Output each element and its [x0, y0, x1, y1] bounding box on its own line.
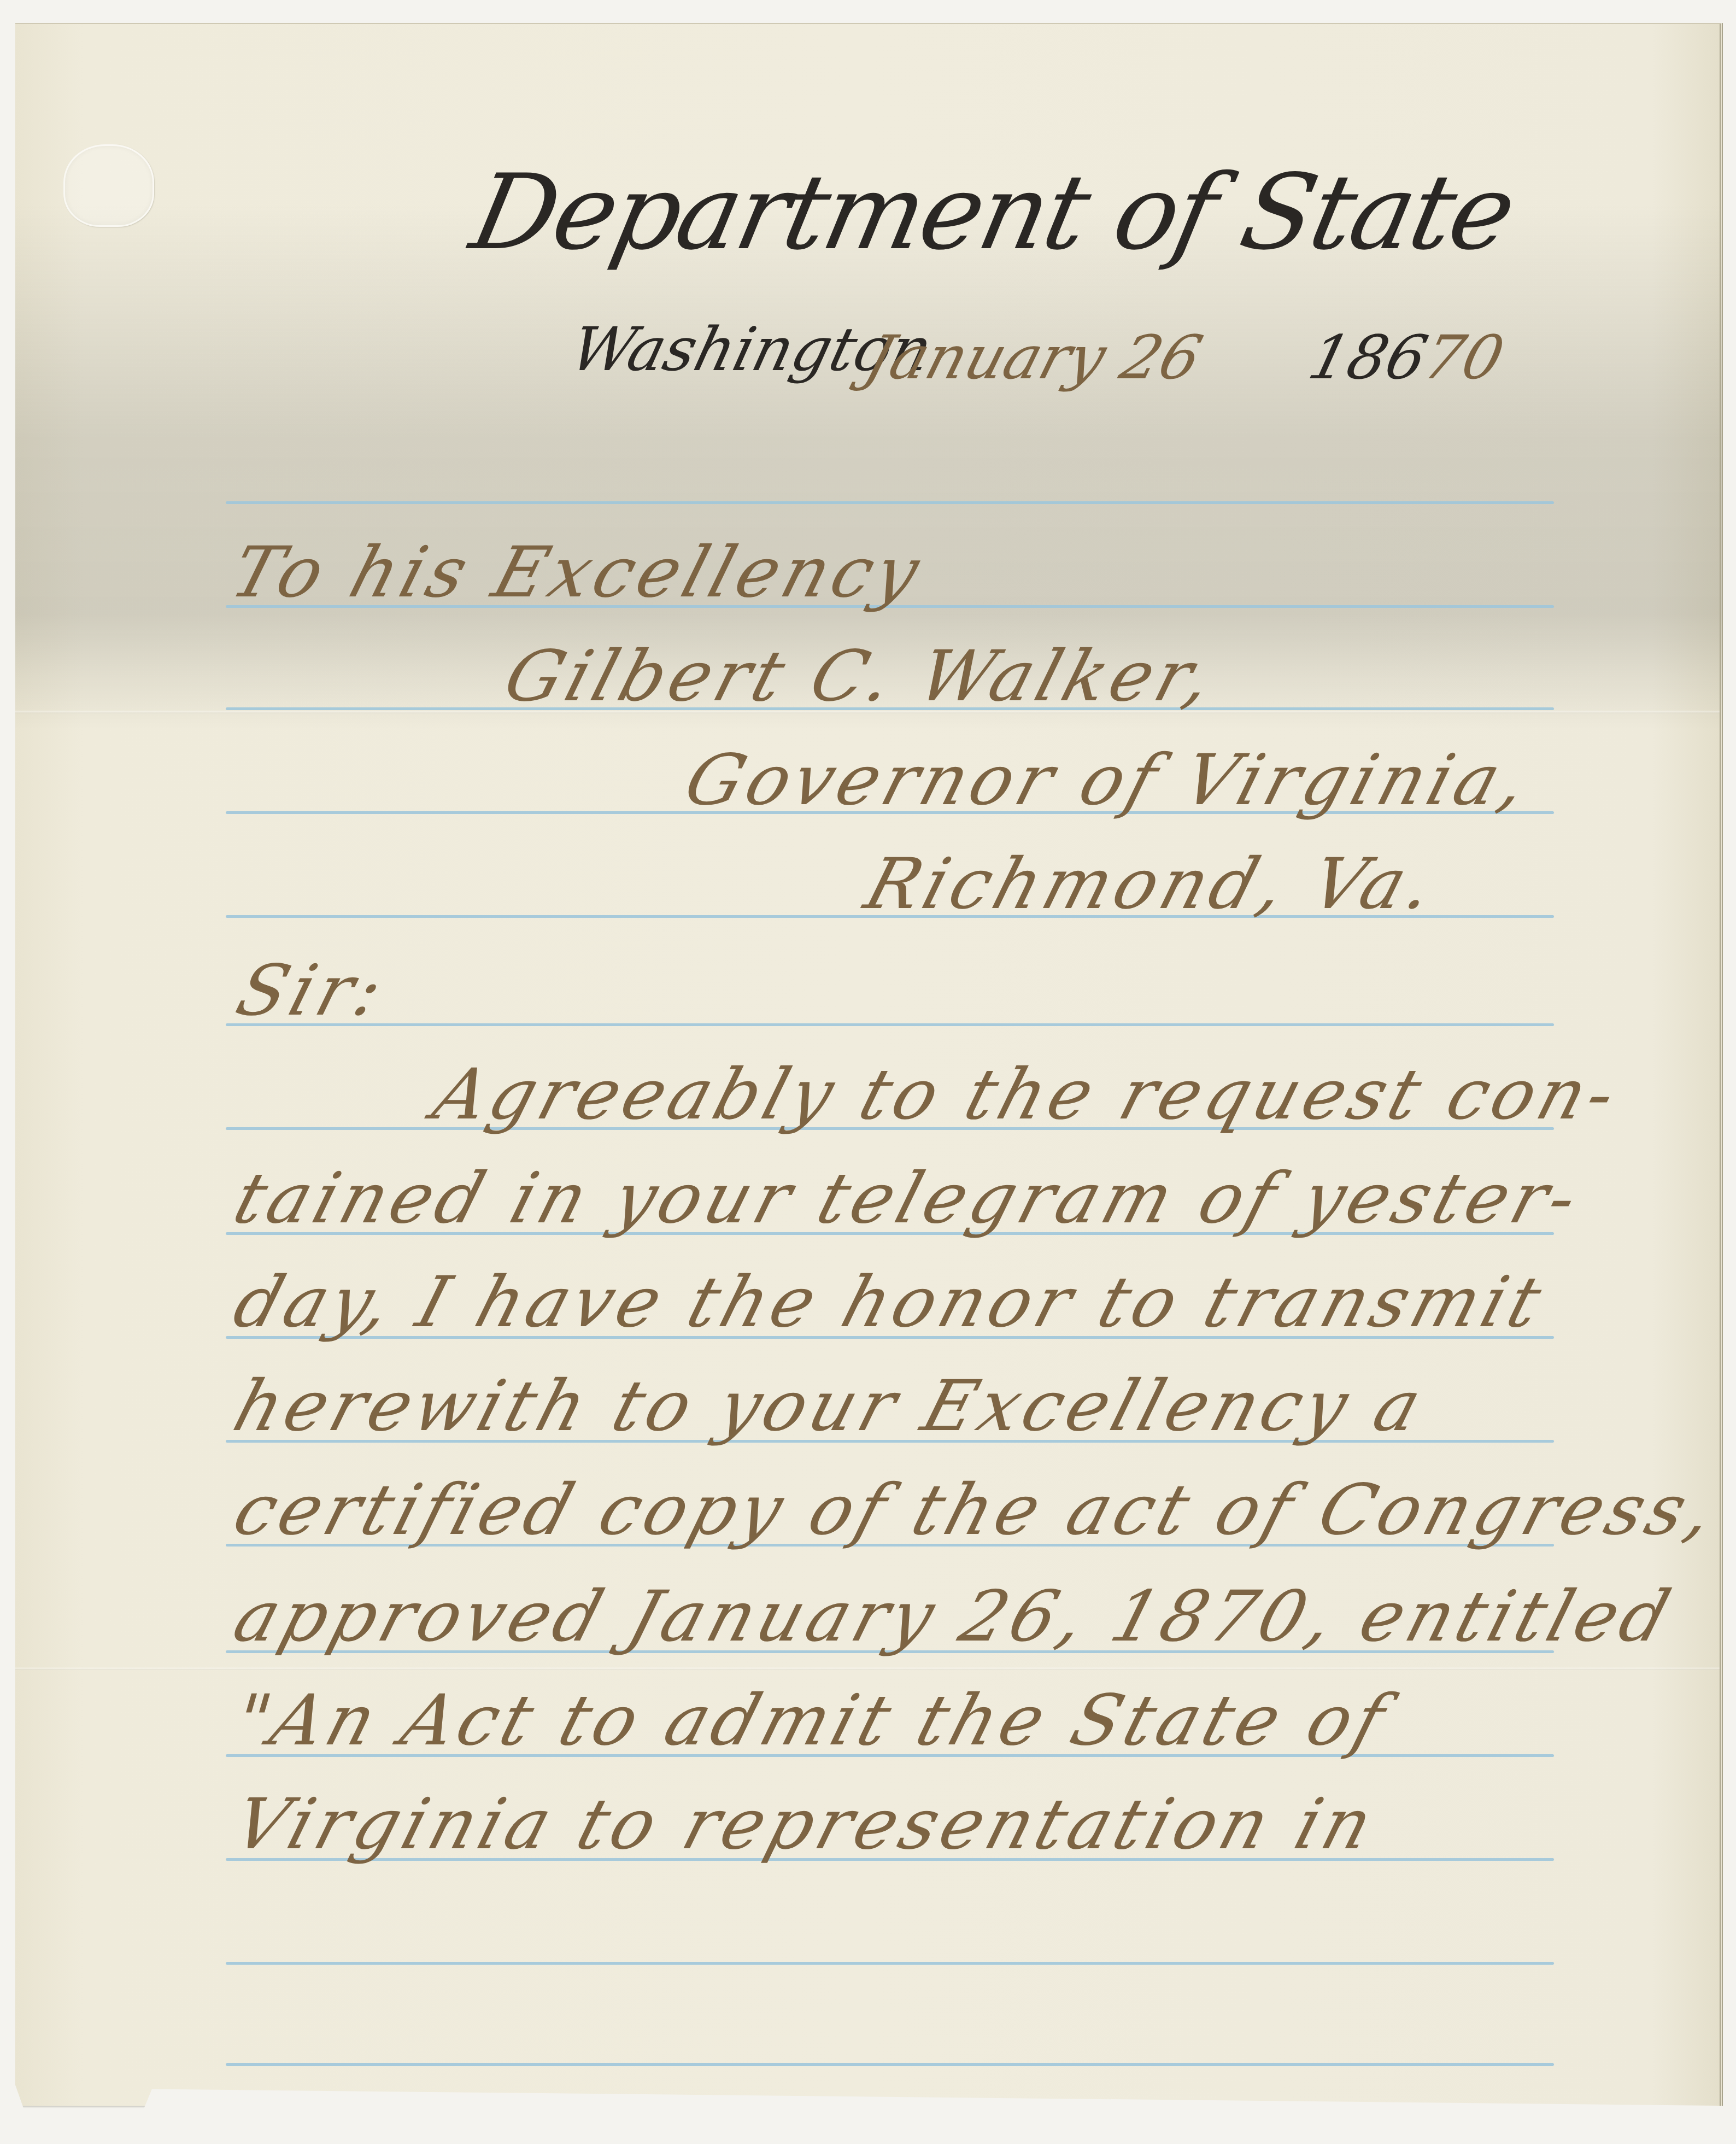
body-line: certified copy of the act of Congress, [227, 1475, 1725, 1545]
body-line: "An Act to admit the State of [227, 1686, 1396, 1756]
letter-page: Department of State Washington January 2… [15, 23, 1723, 2106]
body-line: tained in your telegram of yester- [227, 1164, 1589, 1234]
document-scan: Department of State Washington January 2… [0, 0, 1736, 2144]
address-to: To his Excellency [224, 538, 931, 608]
address-title: Governor of Virginia, [678, 746, 1539, 816]
letterhead-title: Department of State [464, 161, 1522, 265]
ruled-line [226, 501, 1554, 504]
body-line: Virginia to representation in [227, 1790, 1384, 1860]
letter-year: 18670 [1303, 327, 1509, 388]
body-line: herewith to your Excellency a [227, 1372, 1433, 1442]
ruled-line [226, 2063, 1554, 2066]
embossed-seal-icon [63, 144, 154, 227]
letter-year-written: 70 [1418, 327, 1509, 388]
fold-crease [15, 1667, 1720, 1670]
address-name: Gilbert C. Walker, [497, 642, 1224, 712]
ruled-line [226, 1962, 1554, 1965]
address-city: Richmond, Va. [858, 850, 1445, 919]
body-line: Agreeably to the request con- [426, 1060, 1627, 1130]
body-line: approved January 26, 1870, entitled [227, 1582, 1681, 1652]
letter-date: January 26 [859, 327, 1208, 388]
salutation: Sir: [230, 956, 395, 1026]
body-line: day, I have the honor to transmit [227, 1268, 1553, 1338]
ruled-line [226, 1023, 1554, 1026]
letter-year-printed: 186 [1302, 323, 1434, 393]
